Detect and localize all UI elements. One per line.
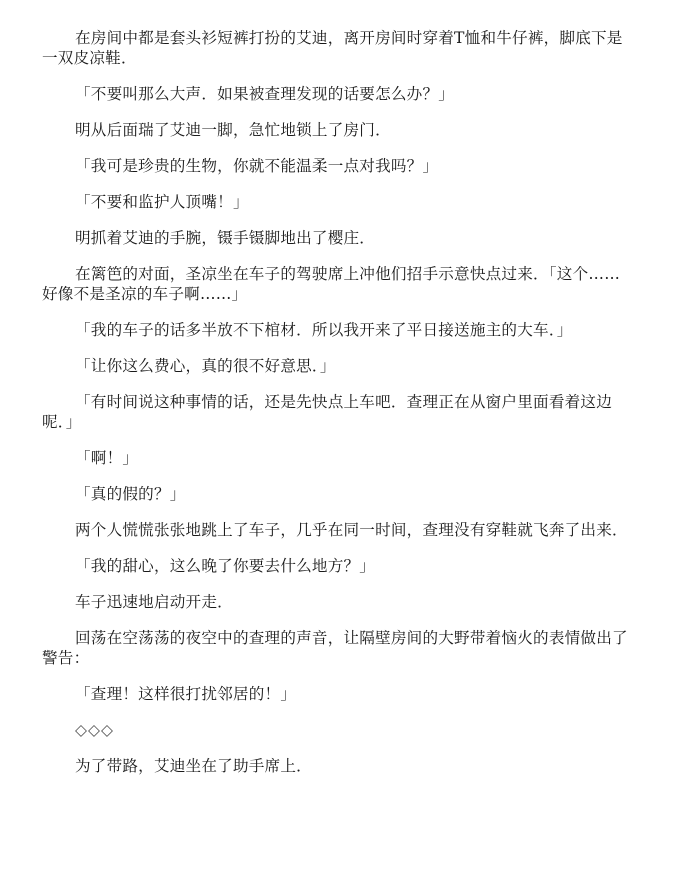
paragraph-narration: 在房间中都是套头衫短裤打扮的艾迪，离开房间时穿着T恤和牛仔裤，脚底下是一双皮凉鞋… — [42, 28, 634, 68]
paragraph-dialogue: 「查理！这样很打扰邻居的！」 — [42, 684, 634, 704]
paragraph-dialogue: 「不要叫那么大声．如果被查理发现的话要怎么办？」 — [42, 84, 634, 104]
paragraph-narration: 车子迅速地启动开走． — [42, 592, 634, 612]
paragraph-narration: 为了带路，艾迪坐在了助手席上． — [42, 756, 634, 776]
paragraph-narration: 明抓着艾迪的手腕，镊手镊脚地出了樱庄． — [42, 228, 634, 248]
paragraph-narration: 在篱笆的对面，圣凉坐在车子的驾驶席上冲他们招手示意快点过来．「这个……好像不是圣… — [42, 264, 634, 304]
paragraph-dialogue: 「有时间说这种事情的话，还是先快点上车吧．查理正在从窗户里面看着这边呢．」 — [42, 392, 634, 432]
paragraph-dialogue: 「不要和监护人顶嘴！」 — [42, 192, 634, 212]
paragraph-narration: 回荡在空荡荡的夜空中的查理的声音，让隔壁房间的大野带着恼火的表情做出了警告： — [42, 628, 634, 668]
paragraph-dialogue: 「啊！」 — [42, 448, 634, 468]
paragraph-dialogue: 「我的车子的话多半放不下棺材．所以我开来了平日接送施主的大车．」 — [42, 320, 634, 340]
scene-break-separator: ◇◇◇ — [42, 720, 634, 740]
paragraph-narration: 明从后面瑞了艾迪一脚，急忙地锁上了房门． — [42, 120, 634, 140]
paragraph-dialogue: 「我可是珍贵的生物，你就不能温柔一点对我吗？」 — [42, 156, 634, 176]
document-page: 在房间中都是套头衫短裤打扮的艾迪，离开房间时穿着T恤和牛仔裤，脚底下是一双皮凉鞋… — [42, 28, 634, 792]
paragraph-dialogue: 「让你这么费心，真的很不好意思．」 — [42, 356, 634, 376]
paragraph-narration: 两个人慌慌张张地跳上了车子，几乎在同一时间，查理没有穿鞋就飞奔了出来． — [42, 520, 634, 540]
paragraph-dialogue: 「我的甜心，这么晚了你要去什么地方？」 — [42, 556, 634, 576]
paragraph-dialogue: 「真的假的？」 — [42, 484, 634, 504]
